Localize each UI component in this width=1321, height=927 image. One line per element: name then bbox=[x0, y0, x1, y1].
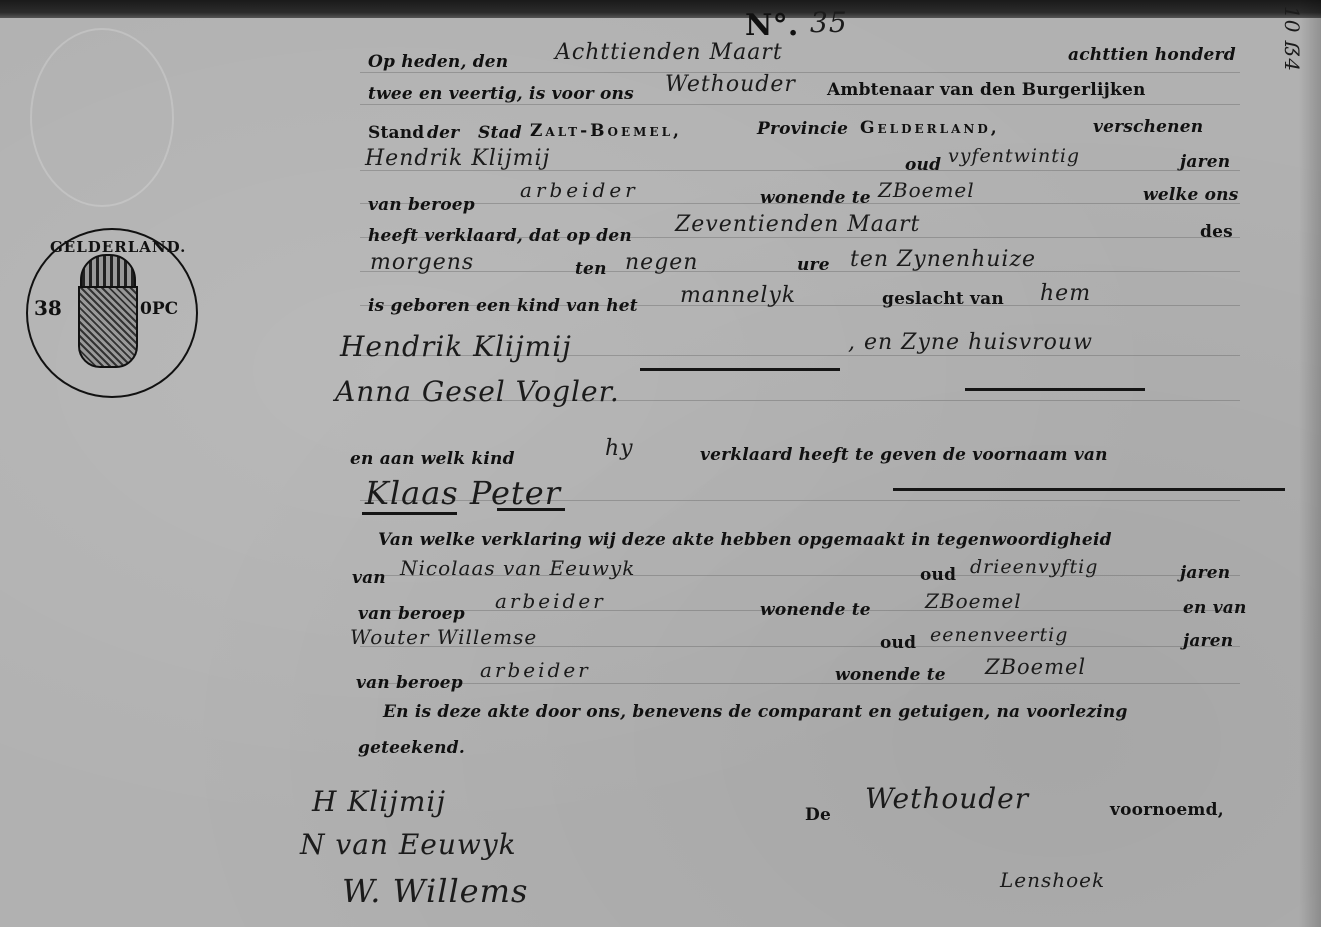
dash-line bbox=[893, 488, 1285, 491]
lion-shield-icon bbox=[78, 286, 138, 368]
signature-witness-1: N van Eeuwyk bbox=[300, 828, 517, 861]
printed-text: geslacht van bbox=[882, 289, 1004, 309]
record-number: 35 bbox=[810, 6, 848, 39]
printed-text: des bbox=[1200, 222, 1233, 242]
record-number-label: N°. bbox=[745, 8, 798, 43]
handwritten-father-name: Hendrik Klijmij bbox=[340, 330, 572, 363]
printed-text: en aan welk kind bbox=[350, 449, 515, 469]
printed-text: heeft verklaard, dat op den bbox=[368, 226, 632, 246]
name-underline bbox=[497, 508, 565, 511]
crown-icon bbox=[80, 254, 136, 290]
printed-text: wonende te bbox=[835, 665, 946, 685]
printed-text: van beroep bbox=[356, 673, 463, 693]
scan-right-edge bbox=[1299, 0, 1321, 927]
printed-town-name: Zalt-Boemel, bbox=[530, 121, 682, 141]
handwritten-age: drieenvyftig bbox=[970, 556, 1098, 578]
dash-line bbox=[965, 388, 1145, 391]
handwritten-birth-place: ten Zynenhuize bbox=[850, 247, 1036, 272]
printed-text: ten bbox=[575, 259, 607, 279]
handwritten-date: Achttienden Maart bbox=[555, 40, 783, 65]
handwritten-occupation: arbeider bbox=[495, 589, 606, 613]
margin-note: 10 ẞ4 bbox=[1280, 6, 1304, 72]
printed-text: oud bbox=[920, 565, 956, 585]
printed-text: Stad bbox=[478, 123, 522, 143]
printed-text: jaren bbox=[1183, 631, 1233, 651]
name-underline bbox=[362, 512, 457, 515]
printed-text: van beroep bbox=[358, 604, 465, 624]
embossed-seal bbox=[30, 28, 174, 207]
stamp-value-right: 0PC bbox=[140, 299, 178, 319]
handwritten-father-name: Hendrik Klijmij bbox=[365, 146, 550, 171]
printed-text: geteekend. bbox=[358, 738, 465, 758]
handwritten-birth-date: Zeventienden Maart bbox=[675, 212, 920, 237]
handwritten-age: eenenveertig bbox=[930, 624, 1068, 646]
gelderland-tax-stamp: GELDERLAND. 38 0PC bbox=[26, 228, 198, 398]
printed-text: achttien honderd bbox=[1068, 45, 1236, 65]
signature-father: H Klijmij bbox=[312, 785, 446, 818]
handwritten-age: vyfentwintig bbox=[948, 145, 1080, 167]
printed-text: welke ons bbox=[1143, 185, 1239, 205]
name-underline bbox=[640, 368, 840, 371]
handwritten-mother-name: Anna Gesel Vogler. bbox=[335, 375, 620, 408]
printed-text: jaren bbox=[1180, 563, 1230, 583]
handwritten-witness-1: Nicolaas van Eeuwyk bbox=[400, 556, 635, 580]
printed-text: jaren bbox=[1180, 152, 1230, 172]
handwritten-text: , en Zyne huisvrouw bbox=[848, 330, 1093, 355]
ruled-line bbox=[360, 104, 1240, 105]
handwritten-child-name: Klaas Peter bbox=[365, 474, 561, 512]
stamp-value-left: 38 bbox=[34, 296, 62, 320]
printed-text: En is deze akte door ons, benevens de co… bbox=[383, 702, 1128, 722]
signature-witness-2: W. Willems bbox=[342, 872, 528, 910]
printed-text: en van bbox=[1183, 598, 1247, 618]
handwritten-sex: mannelyk bbox=[680, 283, 796, 308]
handwritten-occupation: arbeider bbox=[520, 178, 639, 202]
ruled-line bbox=[360, 72, 1240, 73]
handwritten-declarant: hy bbox=[605, 436, 634, 461]
printed-text: der bbox=[427, 123, 459, 143]
printed-text: wonende te bbox=[760, 188, 871, 208]
handwritten-residence: ZBoemel bbox=[878, 178, 975, 202]
printed-text: ure bbox=[797, 255, 830, 275]
printed-text: oud bbox=[880, 633, 916, 653]
handwritten-residence: ZBoemel bbox=[925, 589, 1022, 613]
printed-text: Provincie bbox=[757, 119, 848, 139]
handwritten-occupation: arbeider bbox=[480, 658, 591, 682]
printed-text: Op heden, den bbox=[368, 52, 508, 72]
signature-official: Lenshoek bbox=[1000, 868, 1105, 892]
printed-text: twee en veertig, is voor ons bbox=[368, 84, 634, 104]
printed-text: verklaard heeft te geven de voornaam van bbox=[700, 445, 1108, 465]
handwritten-time-of-day: morgens bbox=[370, 250, 474, 275]
printed-text: van bbox=[352, 568, 386, 588]
handwritten-text: hem bbox=[1040, 281, 1091, 306]
printed-text: voornoemd, bbox=[1110, 800, 1224, 820]
handwritten-residence: ZBoemel bbox=[985, 655, 1086, 679]
document-page: N°. 35 10 ẞ4 GELDERLAND. 38 0PC Op heden… bbox=[0, 0, 1321, 927]
printed-text: De bbox=[805, 805, 831, 825]
printed-province-name: Gelderland, bbox=[860, 118, 1000, 138]
printed-text: verschenen bbox=[1093, 117, 1203, 137]
handwritten-official-title: Wethouder bbox=[865, 782, 1029, 815]
handwritten-witness-2: Wouter Willemse bbox=[350, 625, 537, 649]
printed-text: van beroep bbox=[368, 195, 475, 215]
scan-top-edge bbox=[0, 0, 1321, 18]
printed-text: Van welke verklaring wij deze akte hebbe… bbox=[378, 530, 1112, 550]
printed-text: is geboren een kind van het bbox=[368, 296, 638, 316]
printed-text: wonende te bbox=[760, 600, 871, 620]
ruled-line bbox=[360, 683, 1240, 684]
printed-text: Stand bbox=[368, 123, 424, 143]
handwritten-hour: negen bbox=[625, 250, 698, 275]
printed-text: Ambtenaar van den Burgerlijken bbox=[827, 80, 1146, 100]
printed-text: oud bbox=[905, 155, 941, 175]
handwritten-official-title: Wethouder bbox=[665, 72, 796, 97]
